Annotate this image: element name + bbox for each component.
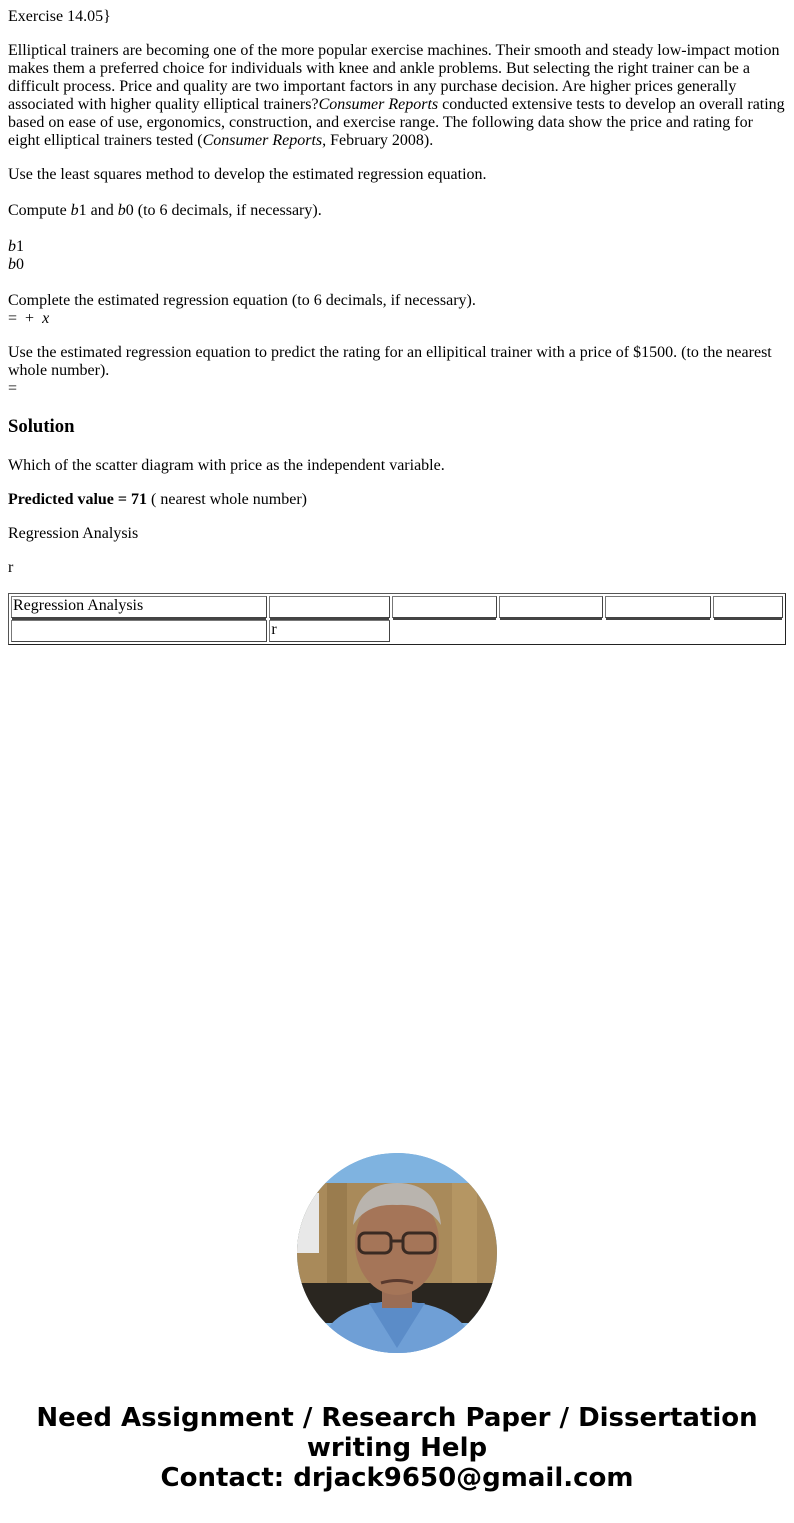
table-cell: Regression Analysis [11,596,267,618]
table-cell [499,596,604,618]
complete-equation: Complete the estimated regression equati… [8,292,476,328]
equation-template: = + x [8,310,476,328]
table-cell-empty [713,620,783,642]
table-cell: r [269,620,390,642]
promo-line-2: writing Help [0,1433,794,1463]
regression-table: Regression Analysis r [8,593,786,645]
least-squares-instruction: Use the least squares method to develop … [8,166,487,184]
table-cell [392,596,497,618]
table-cell-empty [605,620,711,642]
source-citation: Consumer Reports [319,96,439,113]
author-avatar [297,1153,497,1353]
intro-text-3: , February 2008). [322,132,433,149]
exercise-title: Exercise 14.05} [8,8,111,26]
source-citation-2: Consumer Reports [203,132,323,149]
complete-equation-instruction: Complete the estimated regression equati… [8,292,476,310]
b1-label: b1 [8,238,24,256]
predict-question: Use the estimated regression equation to… [8,344,788,398]
person-photo-icon [297,1153,497,1353]
table-cell [605,596,711,618]
table-row: r [11,620,783,642]
scatter-note: Which of the scatter diagram with price … [8,457,445,475]
table-cell [269,596,390,618]
r-label: r [8,559,13,577]
intro-paragraph: Elliptical trainers are becoming one of … [8,42,788,150]
table-row: Regression Analysis [11,596,783,618]
predicted-value-bold: Predicted value = 71 [8,491,147,508]
promo-line-1: Need Assignment / Research Paper / Disse… [0,1403,794,1433]
predict-instruction: Use the estimated regression equation to… [8,344,788,380]
contact-email: Contact: drjack9650@gmail.com [0,1463,794,1493]
coefficient-labels: b1 b0 [8,238,24,274]
b0-label: b0 [8,256,24,274]
regression-analysis-label: Regression Analysis [8,525,138,543]
table-cell-empty [499,620,604,642]
table-cell-empty [392,620,497,642]
promo-footer: Need Assignment / Research Paper / Disse… [0,1403,794,1493]
solution-heading: Solution [8,416,74,438]
table-cell [713,596,783,618]
predicted-value: Predicted value = 71 ( nearest whole num… [8,491,307,509]
predict-equation: = [8,380,788,398]
compute-instruction: Compute b1 and b0 (to 6 decimals, if nec… [8,202,322,220]
table-cell [11,620,267,642]
